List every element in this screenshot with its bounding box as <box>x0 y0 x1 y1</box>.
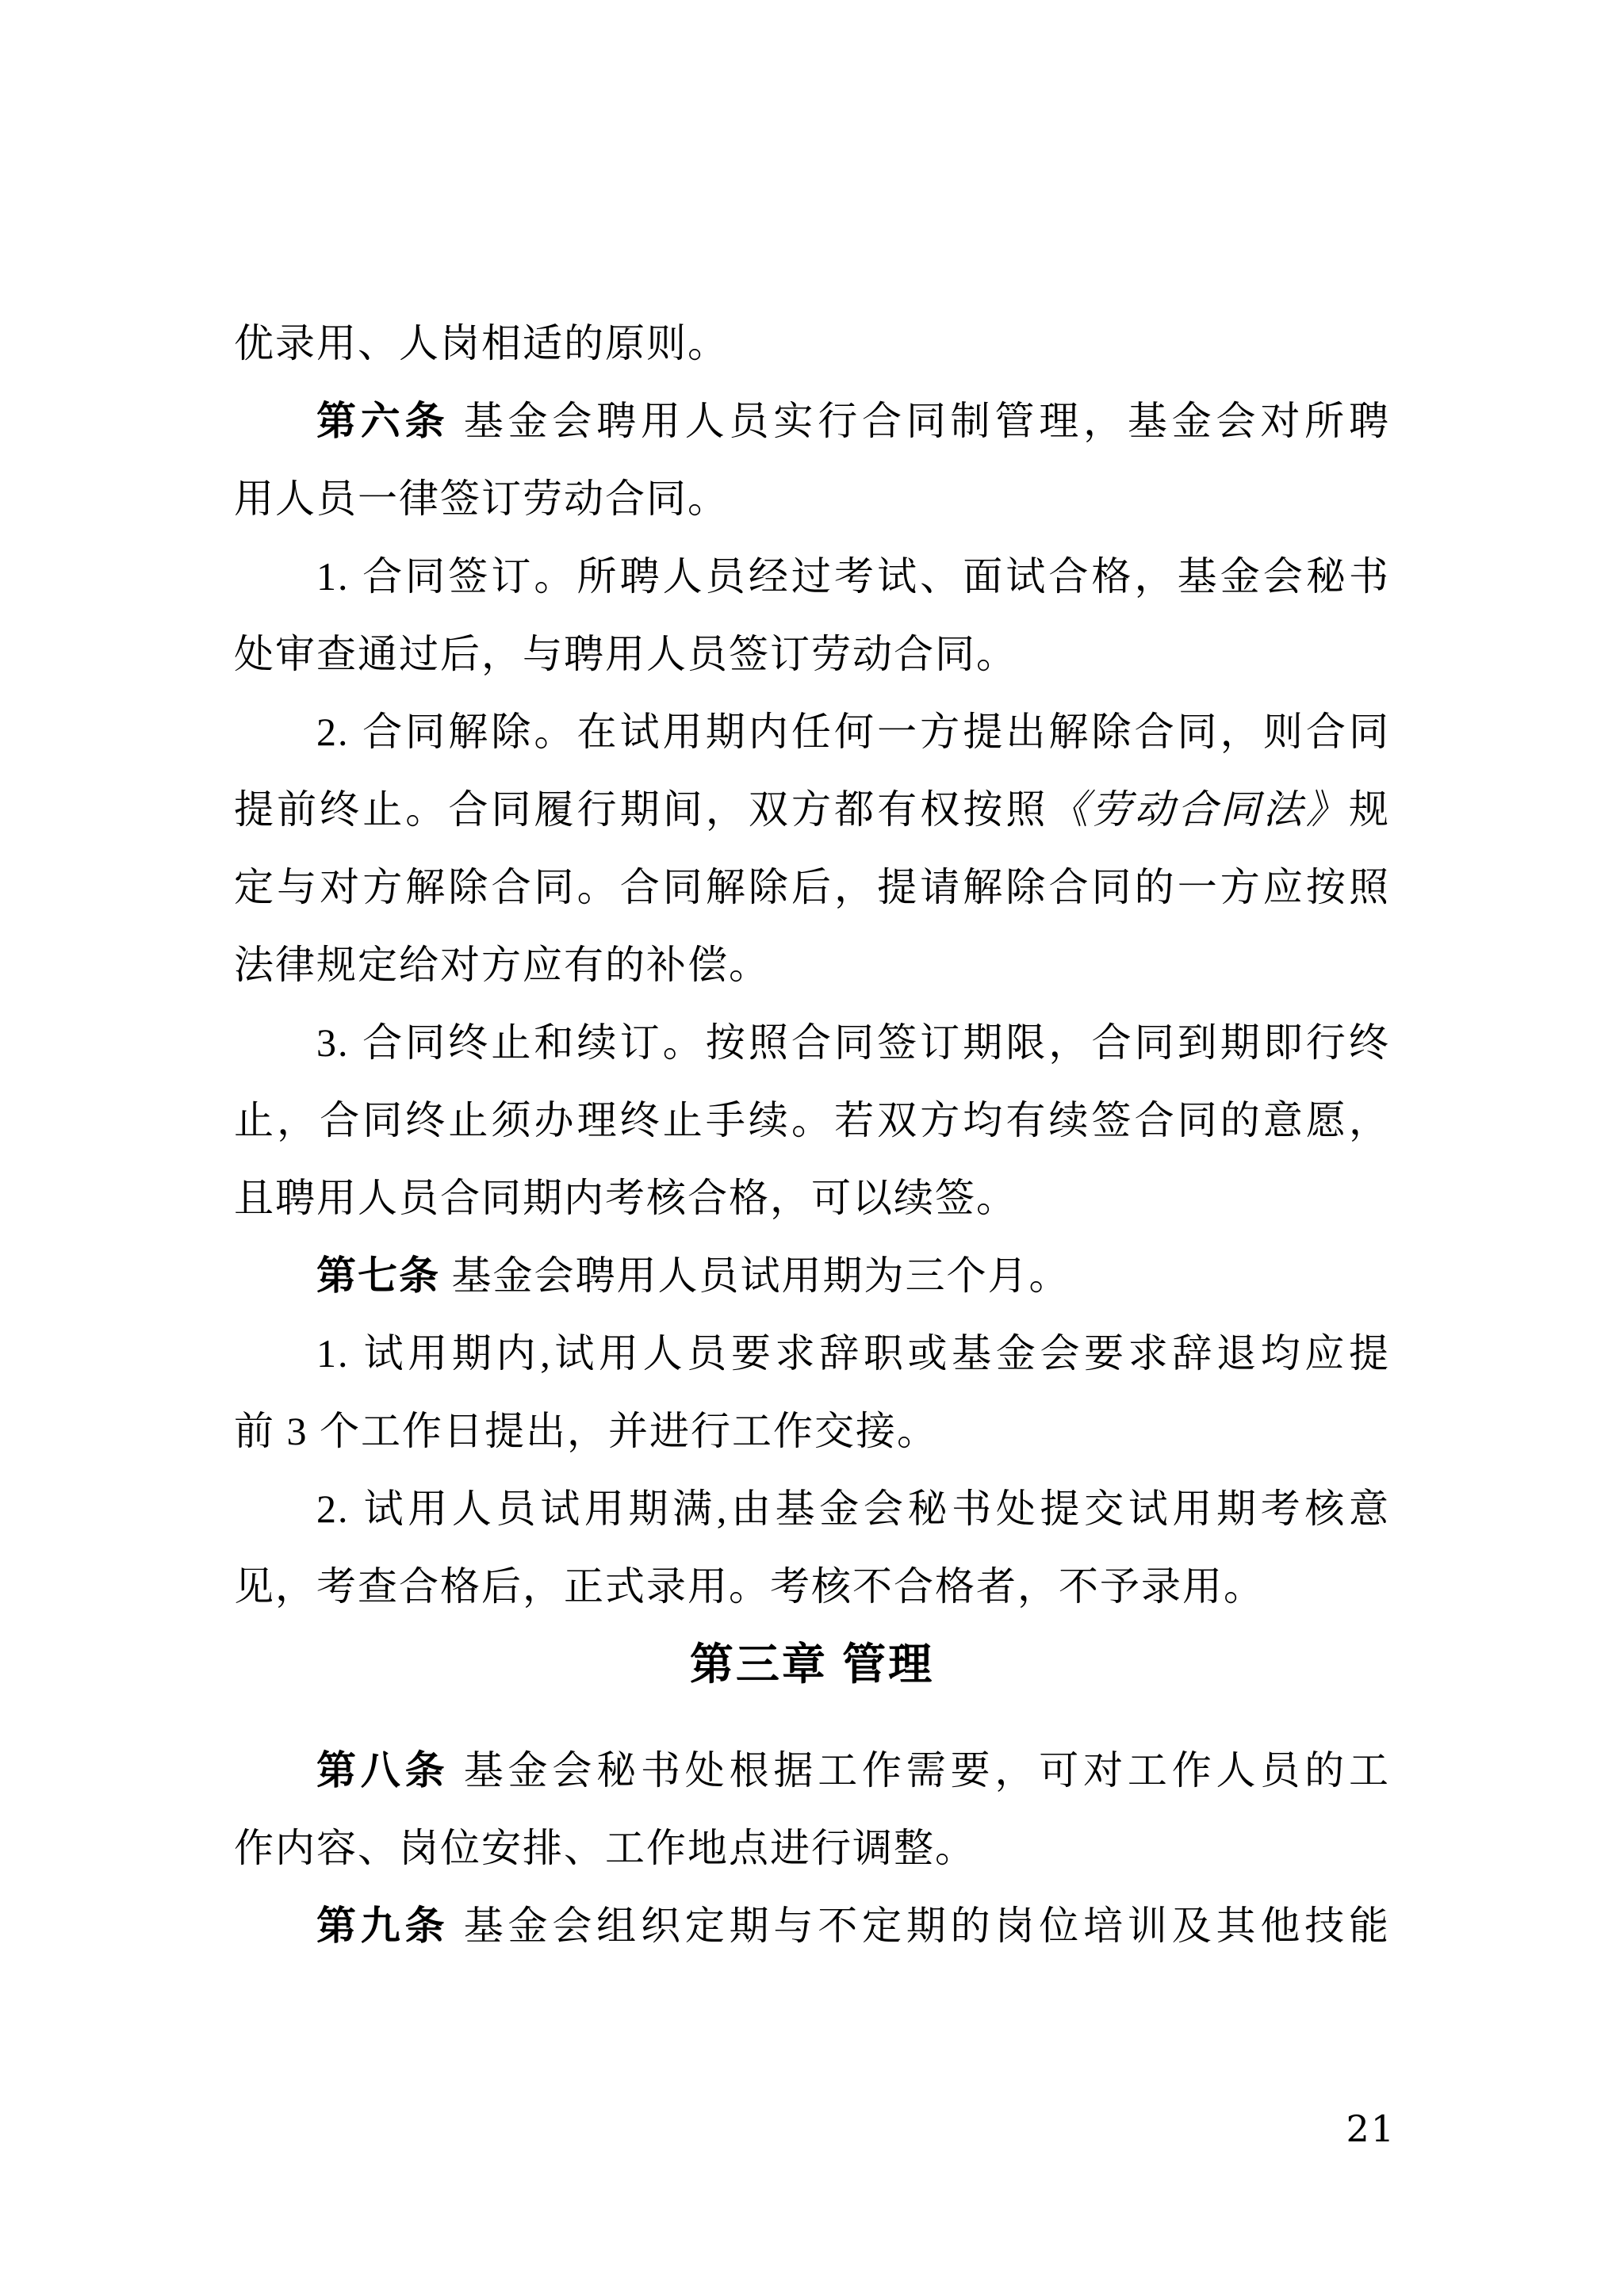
text-line: 优录用、人岗相适的原则。 <box>234 304 1390 382</box>
text-line: 第九条 基金会组织定期与不定期的岗位培训及其他技能 <box>234 1887 1390 1965</box>
page-number: 21 <box>1346 2105 1396 2152</box>
text-run: 法律规定给对方应有的补偿。 <box>234 943 770 987</box>
text-run: 作内容、岗位安排、工作地点进行调整。 <box>234 1826 976 1870</box>
text-run: 基金会聘用人员实行合同制管理，基金会对所聘 <box>449 399 1390 443</box>
text-run: 第八条 <box>316 1748 449 1793</box>
chapter-heading: 第三章 管理 <box>234 1625 1390 1703</box>
text-line: 见，考查合格后，正式录用。考核不合格者，不予录用。 <box>234 1548 1390 1625</box>
text-run: 基金会聘用人员试用期为三个月。 <box>440 1253 1071 1298</box>
document-page: 优录用、人岗相适的原则。第六条 基金会聘用人员实行合同制管理，基金会对所聘用人员… <box>0 0 1624 2296</box>
text-line: 第七条 基金会聘用人员试用期为三个月。 <box>234 1237 1390 1314</box>
text-run: 2. 试用人员试用期满,由基金会秘书处提交试用期考核意 <box>316 1487 1390 1531</box>
text-line: 处审查通过后，与聘用人员签订劳动合同。 <box>234 615 1390 693</box>
text-line: 法律规定给对方应有的补偿。 <box>234 926 1390 1004</box>
text-run: 规 <box>1349 787 1390 832</box>
text-run: 1. 试用期内,试用人员要求辞职或基金会要求辞退均应提 <box>316 1331 1390 1376</box>
text-run: 提前终止。合同履行期间，双方都有权按照 <box>234 787 1048 832</box>
text-run: 3. 合同终止和续订。按照合同签订期限，合同到期即行终 <box>316 1020 1390 1065</box>
text-run: 用人员一律签订劳动合同。 <box>234 476 729 521</box>
text-run: 止，合同终止须办理终止手续。若双方均有续签合同的意愿， <box>234 1098 1390 1142</box>
text-line: 且聘用人员合同期内考核合格，可以续签。 <box>234 1159 1390 1237</box>
text-line: 第六条 基金会聘用人员实行合同制管理，基金会对所聘 <box>234 382 1390 460</box>
text-run: 《劳动合同法》 <box>1048 787 1349 832</box>
text-line: 1. 试用期内,试用人员要求辞职或基金会要求辞退均应提 <box>234 1314 1390 1392</box>
text-line: 作内容、岗位安排、工作地点进行调整。 <box>234 1809 1390 1887</box>
text-run: 第六条 <box>316 399 449 443</box>
text-run: 第七条 <box>316 1253 440 1298</box>
text-line: 提前终止。合同履行期间，双方都有权按照《劳动合同法》规 <box>234 771 1390 848</box>
text-line: 2. 合同解除。在试用期内任何一方提出解除合同，则合同 <box>234 693 1390 771</box>
text-line: 3. 合同终止和续订。按照合同签订期限，合同到期即行终 <box>234 1004 1390 1081</box>
text-line: 定与对方解除合同。合同解除后，提请解除合同的一方应按照 <box>234 848 1390 926</box>
text-line: 用人员一律签订劳动合同。 <box>234 460 1390 538</box>
text-run: 1. 合同签订。所聘人员经过考试、面试合格，基金会秘书 <box>316 554 1390 599</box>
text-run: 且聘用人员合同期内考核合格，可以续签。 <box>234 1176 1017 1220</box>
text-run: 第九条 <box>316 1904 449 1948</box>
text-run: 基金会秘书处根据工作需要，可对工作人员的工 <box>449 1748 1390 1793</box>
text-run: 处审查通过后，与聘用人员签订劳动合同。 <box>234 632 1017 676</box>
text-run: 见，考查合格后，正式录用。考核不合格者，不予录用。 <box>234 1564 1265 1609</box>
text-run: 2. 合同解除。在试用期内任何一方提出解除合同，则合同 <box>316 710 1390 754</box>
text-line: 1. 合同签订。所聘人员经过考试、面试合格，基金会秘书 <box>234 538 1390 615</box>
text-line: 前 3 个工作日提出，并进行工作交接。 <box>234 1392 1390 1470</box>
text-run: 优录用、人岗相适的原则。 <box>234 321 729 365</box>
text-line: 第八条 基金会秘书处根据工作需要，可对工作人员的工 <box>234 1732 1390 1809</box>
text-flow: 优录用、人岗相适的原则。第六条 基金会聘用人员实行合同制管理，基金会对所聘用人员… <box>234 304 1390 1965</box>
text-run: 前 3 个工作日提出，并进行工作交接。 <box>234 1409 938 1453</box>
text-line: 2. 试用人员试用期满,由基金会秘书处提交试用期考核意 <box>234 1470 1390 1548</box>
text-line: 止，合同终止须办理终止手续。若双方均有续签合同的意愿， <box>234 1081 1390 1159</box>
text-run: 定与对方解除合同。合同解除后，提请解除合同的一方应按照 <box>234 865 1390 909</box>
text-run: 基金会组织定期与不定期的岗位培训及其他技能 <box>449 1904 1390 1948</box>
